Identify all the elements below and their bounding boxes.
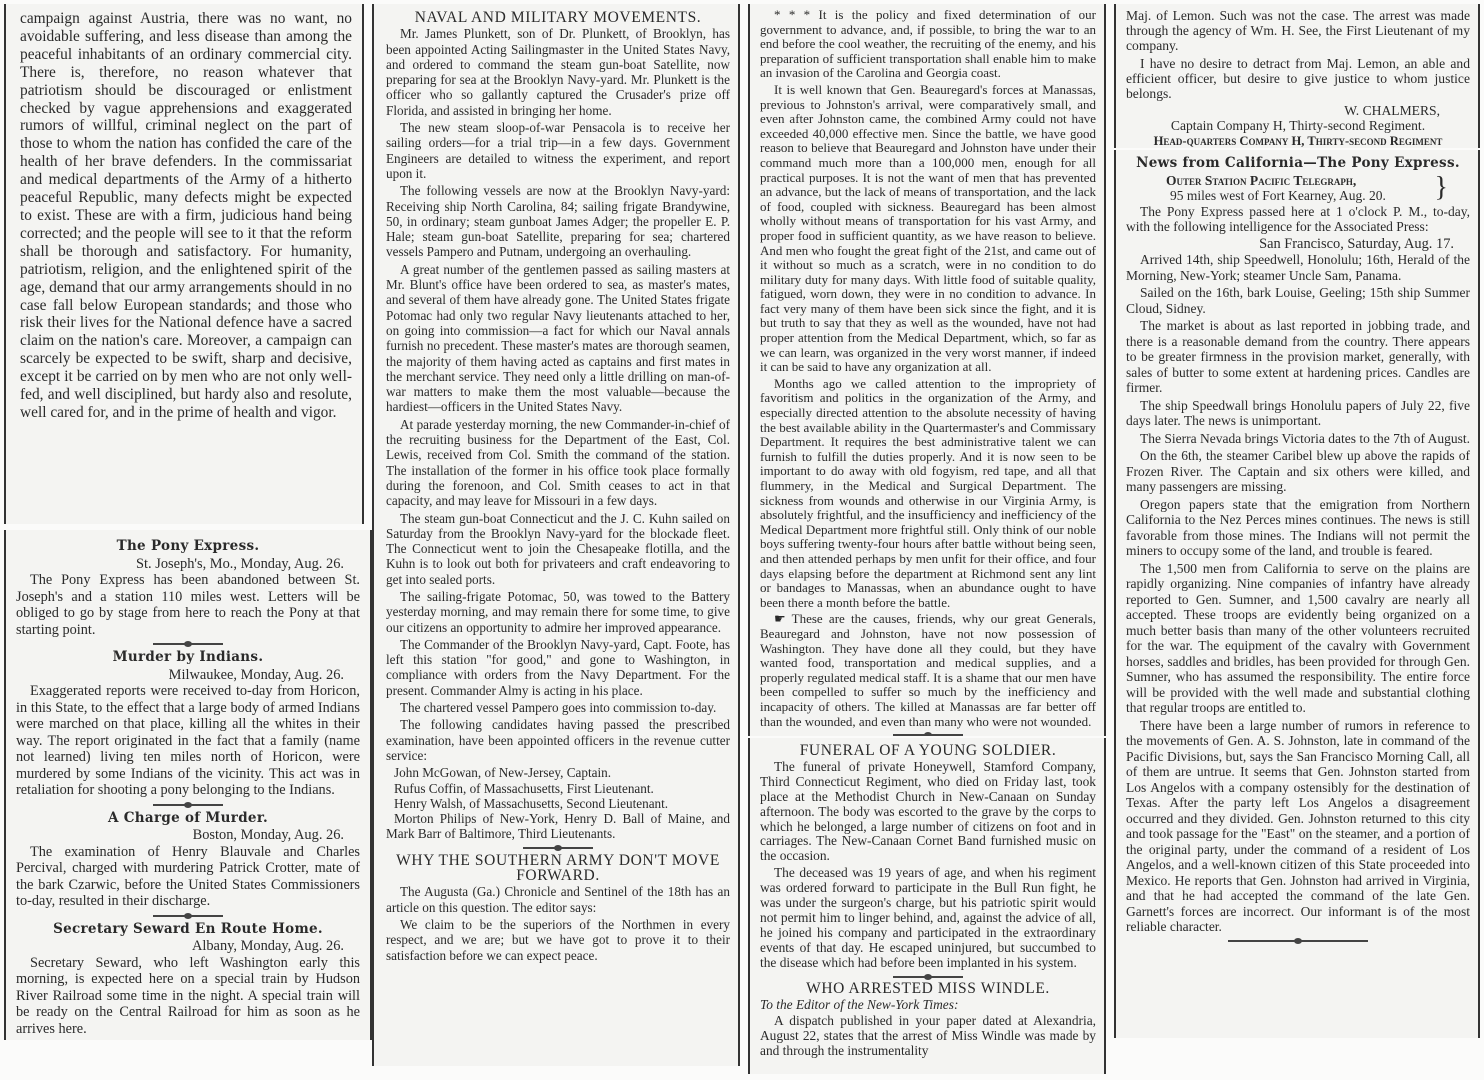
article-charge-of-murder: A Charge of Murder. Boston, Monday, Aug.… bbox=[16, 810, 360, 910]
article-paragraph: The chartered vessel Pampero goes into c… bbox=[386, 700, 730, 715]
divider-rule bbox=[893, 976, 963, 978]
divider-rule bbox=[153, 643, 223, 645]
clipping-funeral-and-windle: FUNERAL OF A YOUNG SOLDIER. The funeral … bbox=[748, 738, 1106, 1074]
editorial-paragraph: campaign against Austria, there was no w… bbox=[20, 10, 352, 422]
dateline-block: Outer Station Pacific Telegraph, 95 mile… bbox=[1126, 173, 1470, 204]
appointment-item: John McGowan, of New-Jersey, Captain. bbox=[386, 765, 730, 780]
appointment-item: Morton Philips of New-York, Henry D. Bal… bbox=[386, 811, 730, 842]
clipping-news-from-california: News from California—The Pony Express. O… bbox=[1114, 150, 1480, 1038]
article-paragraph: The new steam sloop-of-war Pensacola is … bbox=[386, 120, 730, 181]
article-paragraph: Arrived 14th, ship Speedwell, Honolulu; … bbox=[1126, 252, 1470, 283]
article-pony-express: The Pony Express. St. Joseph's, Mo., Mon… bbox=[16, 538, 360, 638]
clipping-army-health-editorial: campaign against Austria, there was no w… bbox=[4, 4, 364, 524]
article-paragraph: The Augusta (Ga.) Chronicle and Sentinel… bbox=[386, 884, 730, 915]
article-paragraph: ☛ These are the causes, friends, why our… bbox=[760, 612, 1096, 729]
article-paragraph: The deceased was 19 years of age, and wh… bbox=[760, 866, 1096, 970]
article-paragraph: A dispatch published in your paper dated… bbox=[760, 1014, 1096, 1059]
signature-name: W. CHALMERS, bbox=[1126, 103, 1470, 118]
headline: NAVAL AND MILITARY MOVEMENTS. bbox=[386, 10, 730, 25]
headline: Secretary Seward En Route Home. bbox=[16, 921, 360, 938]
article-paragraph: Sailed on the 16th, bark Louise, Geeling… bbox=[1126, 285, 1470, 316]
article-body: Exaggerated reports were received to-day… bbox=[16, 683, 360, 799]
clipping-telegraph-briefs: The Pony Express. St. Joseph's, Mo., Mon… bbox=[4, 530, 372, 1040]
sub-dateline: San Francisco, Saturday, Aug. 17. bbox=[1126, 237, 1470, 253]
divider-rule bbox=[153, 915, 223, 917]
article-body: Secretary Seward, who left Washington ea… bbox=[16, 955, 360, 1038]
article-paragraph: The sailing-frigate Potomac, 50, was tow… bbox=[386, 589, 730, 635]
headline: The Pony Express. bbox=[16, 538, 360, 555]
dateline: Milwaukee, Monday, Aug. 26. bbox=[16, 667, 360, 684]
dateline: Boston, Monday, Aug. 26. bbox=[16, 827, 360, 844]
brace-glyph-icon: } bbox=[1435, 173, 1448, 203]
article-paragraph: Oregon papers state that the emigration … bbox=[1126, 497, 1470, 559]
article-paragraph: A great number of the gentlemen passed a… bbox=[386, 262, 730, 415]
article-seward-en-route: Secretary Seward En Route Home. Albany, … bbox=[16, 921, 360, 1038]
article-murder-by-indians: Murder by Indians. Milwaukee, Monday, Au… bbox=[16, 649, 360, 799]
divider-rule bbox=[523, 847, 593, 849]
article-body: The examination of Henry Blauvale and Ch… bbox=[16, 844, 360, 910]
clipping-southern-army-continued: * * * It is the policy and fixed determi… bbox=[748, 4, 1106, 736]
headline-windle: WHO ARRESTED MISS WINDLE. bbox=[760, 982, 1096, 997]
divider-rule bbox=[153, 804, 223, 806]
headline: Murder by Indians. bbox=[16, 649, 360, 666]
headline-southern-army: WHY THE SOUTHERN ARMY DON'T MOVE FORWARD… bbox=[386, 853, 730, 884]
article-paragraph: Months ago we called attention to the im… bbox=[760, 377, 1096, 611]
dateline: Albany, Monday, Aug. 26. bbox=[16, 938, 360, 955]
letter-paragraph: Maj. of Lemon. Such was not the case. Th… bbox=[1126, 8, 1470, 54]
article-paragraph: The following vessels are now at the Bro… bbox=[386, 183, 730, 259]
article-paragraph: We claim to be the superiors of the Nort… bbox=[386, 917, 730, 963]
letter-paragraph: I have no desire to detract from Maj. Le… bbox=[1126, 56, 1470, 102]
article-paragraph: The 1,500 men from California to serve o… bbox=[1126, 561, 1470, 716]
divider-rule bbox=[1228, 940, 1368, 942]
article-paragraph: The market is about as last reported in … bbox=[1126, 318, 1470, 396]
article-paragraph: The ship Speedwall brings Honolulu paper… bbox=[1126, 398, 1470, 429]
appointments-list: John McGowan, of New-Jersey, Captain. Ru… bbox=[386, 765, 730, 841]
divider-rule bbox=[893, 734, 963, 736]
dateline-line-2: 95 miles west of Fort Kearney, Aug. 20. bbox=[1126, 188, 1470, 204]
clipping-naval-military-movements: NAVAL AND MILITARY MOVEMENTS. Mr. James … bbox=[372, 4, 740, 1066]
headline: A Charge of Murder. bbox=[16, 810, 360, 827]
article-paragraph: On the 6th, the steamer Caribel blew up … bbox=[1126, 448, 1470, 495]
appointment-item: Rufus Coffin, of Massachusetts, First Li… bbox=[386, 781, 730, 796]
article-paragraph: The steam gun-boat Connecticut and the J… bbox=[386, 511, 730, 587]
article-paragraph: The Sierra Nevada brings Victoria dates … bbox=[1126, 431, 1470, 447]
article-paragraph: There have been a large number of rumors… bbox=[1126, 718, 1470, 935]
headline-funeral: FUNERAL OF A YOUNG SOLDIER. bbox=[760, 744, 1096, 759]
signature-title: Captain Company H, Thirty-second Regimen… bbox=[1126, 118, 1470, 133]
article-paragraph: Mr. James Plunkett, son of Dr. Plunkett,… bbox=[386, 26, 730, 118]
clipping-windle-letter-continued: Maj. of Lemon. Such was not the case. Th… bbox=[1114, 4, 1480, 148]
article-paragraph: The funeral of private Honeywell, Stamfo… bbox=[760, 760, 1096, 864]
appointment-item: Henry Walsh, of Massachusetts, Second Li… bbox=[386, 796, 730, 811]
article-paragraph: It is well known that Gen. Beauregard's … bbox=[760, 83, 1096, 375]
article-paragraph: The Pony Express passed here at 1 o'cloc… bbox=[1126, 204, 1470, 235]
dateline-line-1: Outer Station Pacific Telegraph, bbox=[1126, 173, 1470, 189]
article-paragraph: The following candidates having passed t… bbox=[386, 717, 730, 763]
article-paragraph: The Commander of the Brooklyn Navy-yard,… bbox=[386, 637, 730, 698]
dateline: St. Joseph's, Mo., Monday, Aug. 26. bbox=[16, 556, 360, 573]
article-paragraph: * * * It is the policy and fixed determi… bbox=[760, 8, 1096, 81]
headline: News from California—The Pony Express. bbox=[1126, 156, 1470, 172]
article-body: The Pony Express has been abandoned betw… bbox=[16, 572, 360, 638]
letter-salutation: To the Editor of the New-York Times: bbox=[760, 998, 1096, 1013]
signature-address-1: Head-quarters Company H, Thirty-second R… bbox=[1126, 134, 1470, 148]
article-paragraph: At parade yesterday morning, the new Com… bbox=[386, 417, 730, 509]
